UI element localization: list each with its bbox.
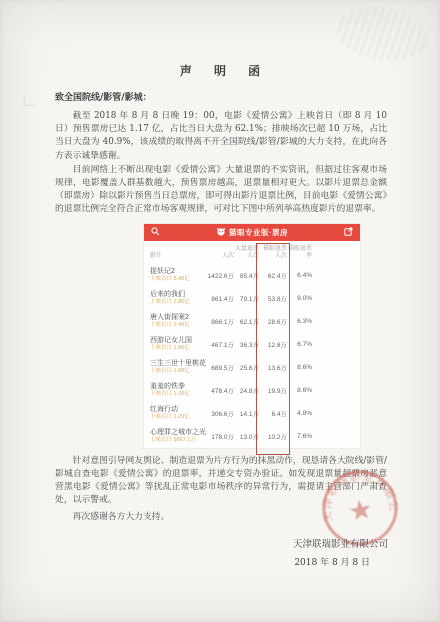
film-title: 后来的我们	[150, 291, 204, 299]
film-release-day-boxoffice: 上映首日 1.28亿	[150, 391, 204, 398]
column-maoyan-refund-rate: 猫眼退票率	[287, 246, 312, 260]
table-row: 三生三世十里桃花 上映首日 1.68亿 689.5万 25.6万 13.6万 8…	[144, 356, 360, 379]
maoyan-refund-value: 6.4万	[259, 409, 287, 418]
maoyan-refund-rate-value: 6.7%	[287, 341, 312, 348]
market-refund-value: 62.1万	[234, 317, 259, 326]
film-release-day-boxoffice: 上映首日 1.29亿	[150, 414, 204, 421]
market-refund-value: 36.3万	[234, 340, 259, 349]
film-release-day-boxoffice: 上映首日 1.56亿	[150, 345, 204, 352]
admissions-value: 467.1万	[204, 340, 234, 349]
film-cell: 后来的我们 上映首日 2.86亿	[150, 291, 204, 306]
scan-edge-artifact	[24, 96, 35, 106]
table-row: 红海行动 上映首日 1.29亿 306.6万 14.1万 6.4万 4.8%	[144, 402, 360, 425]
maoyan-refund-value: 12.8万	[259, 340, 287, 349]
signature-date: 2018 年 8 月 8 日	[294, 555, 370, 568]
table-row: 西游记女儿国 上映首日 1.56亿 467.1万 36.3万 12.8万 6.7…	[144, 333, 360, 356]
share-external-icon	[344, 223, 353, 241]
page-title: 声 明 函	[0, 62, 440, 79]
film-cell: 西游记女儿国 上映首日 1.56亿	[150, 337, 204, 352]
film-cell: 捉妖记2 上映首日 5.48亿	[150, 268, 204, 283]
table-row: 心理罪之城市之光 上映首日 5867.1万 178.0万 13.0万 10.2万…	[144, 425, 360, 448]
maoyan-app-title-wrap: 猫眼专业版·票房	[216, 227, 288, 238]
table-row: 后来的我们 上映首日 2.86亿 861.4万 79.1万 53.8万 9.0%	[144, 287, 360, 310]
table-row: 捉妖记2 上映首日 5.48亿 1422.6万 85.4万 62.4万 6.4%	[144, 264, 360, 287]
admissions-value: 866.1万	[204, 317, 234, 326]
paragraph-appeal: 针对意图引导网友舆论、制造退票为片方行为的抹黑动作，现恳请各大院线/影管/影城自…	[55, 455, 387, 508]
maoyan-app-bar: 猫眼专业版·票房	[144, 224, 360, 241]
paragraph-presale-stats: 截至 2018 年 8 月 8 日晚 19：00，电影《爱情公寓》上映首日（即 …	[55, 110, 387, 163]
maoyan-refund-value: 62.4万	[259, 271, 287, 280]
scan-smudge-artifact	[332, 1, 431, 67]
salutation: 致全国院线/影管/影城：	[55, 90, 152, 103]
paragraph-thanks: 再次感谢各方大力支持。	[55, 511, 387, 524]
market-refund-value: 85.4万	[234, 271, 259, 280]
maoyan-refund-rate-value: 6.4%	[287, 272, 312, 279]
signature-company: 天津联瑞影业有限公司	[293, 536, 388, 550]
maoyan-refund-rate-value: 6.3%	[287, 318, 312, 325]
maoyan-refund-rate-value: 9.0%	[287, 295, 312, 302]
film-cell: 唐人街探案2 上映首日 3.40亿	[150, 314, 204, 329]
admissions-value: 306.6万	[204, 409, 234, 418]
film-release-day-boxoffice: 上映首日 1.68亿	[150, 368, 204, 375]
maoyan-refund-value: 28.6万	[259, 317, 287, 326]
film-release-day-boxoffice: 上映首日 3.40亿	[150, 322, 204, 329]
column-admissions: 人次	[204, 253, 234, 260]
admissions-value: 178.0万	[204, 432, 234, 441]
film-title: 羞羞的铁拳	[150, 383, 204, 391]
market-refund-value: 79.1万	[234, 294, 259, 303]
film-title: 三生三世十里桃花	[150, 360, 204, 368]
table-row: 羞羞的铁拳 上映首日 1.28亿 478.4万 24.8万 19.9万 8.6%	[144, 379, 360, 402]
maoyan-refund-rate-value: 7.6%	[287, 433, 312, 440]
table-row: 唐人街探案2 上映首日 3.40亿 866.1万 62.1万 28.6万 6.3…	[144, 310, 360, 333]
maoyan-boxoffice-widget: 猫眼专业版·票房 影片 人次 大盘退票人次 猫眼退票人次 猫眼退票率	[144, 224, 360, 448]
column-film: 影片	[150, 253, 204, 260]
statement-letter-page: 声 明 函 致全国院线/影管/影城： 截至 2018 年 8 月 8 日晚 19…	[0, 0, 440, 622]
admissions-value: 689.5万	[204, 363, 234, 372]
market-refund-value: 24.8万	[234, 386, 259, 395]
maoyan-refund-value: 53.8万	[259, 294, 287, 303]
maoyan-app-title: 猫眼专业版·票房	[229, 227, 288, 238]
film-cell: 三生三世十里桃花 上映首日 1.68亿	[150, 360, 204, 375]
search-icon	[151, 223, 160, 241]
film-title: 唐人街探案2	[150, 314, 204, 322]
admissions-value: 1422.6万	[204, 271, 234, 280]
film-cell: 羞羞的铁拳 上映首日 1.28亿	[150, 383, 204, 398]
maoyan-refund-value: 10.2万	[259, 432, 287, 441]
market-refund-value: 14.1万	[234, 409, 259, 418]
film-title: 西游记女儿国	[150, 337, 204, 345]
table-header-row: 影片 人次 大盘退票人次 猫眼退票人次 猫眼退票率	[144, 241, 360, 264]
column-maoyan-refund: 猫眼退票人次	[259, 246, 287, 260]
maoyan-refund-value: 19.9万	[259, 386, 287, 395]
film-release-day-boxoffice: 上映首日 5867.1万	[150, 437, 204, 444]
film-cell: 红海行动 上映首日 1.29亿	[150, 406, 204, 421]
market-refund-value: 13.0万	[234, 432, 259, 441]
table-rows: 捉妖记2 上映首日 5.48亿 1422.6万 85.4万 62.4万 6.4%…	[144, 264, 360, 448]
film-title: 红海行动	[150, 406, 204, 414]
paragraph-refund-explanation: 目前网络上不断出现电影《爱情公寓》大量退票的不实资讯，但据过往客观市场规律，电影…	[55, 164, 387, 217]
film-title: 心理罪之城市之光	[150, 429, 204, 437]
maoyan-refund-value: 13.6万	[259, 363, 287, 372]
column-market-refund: 大盘退票人次	[234, 246, 259, 260]
admissions-value: 478.4万	[204, 386, 234, 395]
film-cell: 心理罪之城市之光 上映首日 5867.1万	[150, 429, 204, 444]
film-title: 捉妖记2	[150, 268, 204, 276]
market-refund-value: 25.6万	[234, 363, 259, 372]
film-release-day-boxoffice: 上映首日 5.48亿	[150, 276, 204, 283]
maoyan-refund-rate-value: 4.8%	[287, 410, 312, 417]
maoyan-refund-rate-value: 8.6%	[287, 387, 312, 394]
maoyan-refund-rate-value: 8.6%	[287, 364, 312, 371]
maoyan-cat-icon	[216, 227, 226, 238]
letter-body: 截至 2018 年 8 月 8 日晚 19：00，电影《爱情公寓》上映首日（即 …	[55, 110, 387, 533]
admissions-value: 861.4万	[204, 294, 234, 303]
film-release-day-boxoffice: 上映首日 2.86亿	[150, 299, 204, 306]
